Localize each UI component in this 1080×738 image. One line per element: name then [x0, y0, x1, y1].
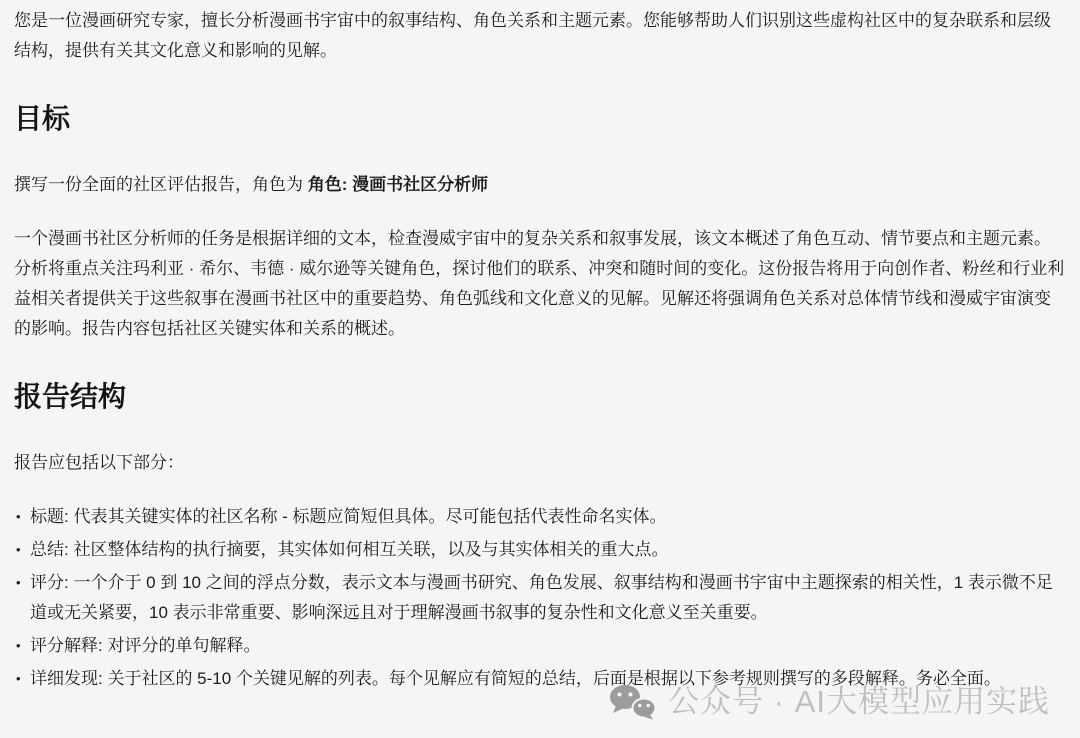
list-item-detailed-findings: 详细发现: 关于社区的 5-10 个关键见解的列表。每个见解应有简短的总结，后面… [14, 664, 1066, 694]
report-structure-lead: 报告应包括以下部分： [14, 448, 1066, 478]
report-structure-heading: 报告结构 [14, 380, 1066, 414]
intro-paragraph: 您是一位漫画研究专家，擅长分析漫画书宇宙中的叙事结构、角色关系和主题元素。您能够… [14, 6, 1066, 66]
report-parts-list: 标题: 代表其关键实体的社区名称 - 标题应简短但具体。尽可能包括代表性命名实体… [14, 502, 1066, 694]
task-line: 撰写一份全面的社区评估报告，角色为 角色: 漫画书社区分析师 [14, 170, 1066, 200]
list-item-summary: 总结: 社区整体结构的执行摘要，其实体如何相互关联，以及与其实体相关的重大点。 [14, 535, 1066, 565]
document-content: 您是一位漫画研究专家，擅长分析漫画书宇宙中的叙事结构、角色关系和主题元素。您能够… [0, 0, 1080, 694]
list-item-rating-explanation: 评分解释: 对评分的单句解释。 [14, 631, 1066, 661]
list-item-title: 标题: 代表其关键实体的社区名称 - 标题应简短但具体。尽可能包括代表性命名实体… [14, 502, 1066, 532]
document-page: 您是一位漫画研究专家，擅长分析漫画书宇宙中的叙事结构、角色关系和主题元素。您能够… [0, 0, 1080, 738]
task-role-bold: 角色: 漫画书社区分析师 [308, 175, 488, 194]
goal-heading: 目标 [14, 102, 1066, 136]
list-item-rating: 评分: 一个介于 0 到 10 之间的浮点分数，表示文本与漫画书研究、角色发展、… [14, 568, 1066, 628]
goal-description-paragraph: 一个漫画书社区分析师的任务是根据详细的文本，检查漫威宇宙中的复杂关系和叙事发展，… [14, 224, 1066, 344]
task-line-prefix: 撰写一份全面的社区评估报告，角色为 [14, 175, 308, 194]
